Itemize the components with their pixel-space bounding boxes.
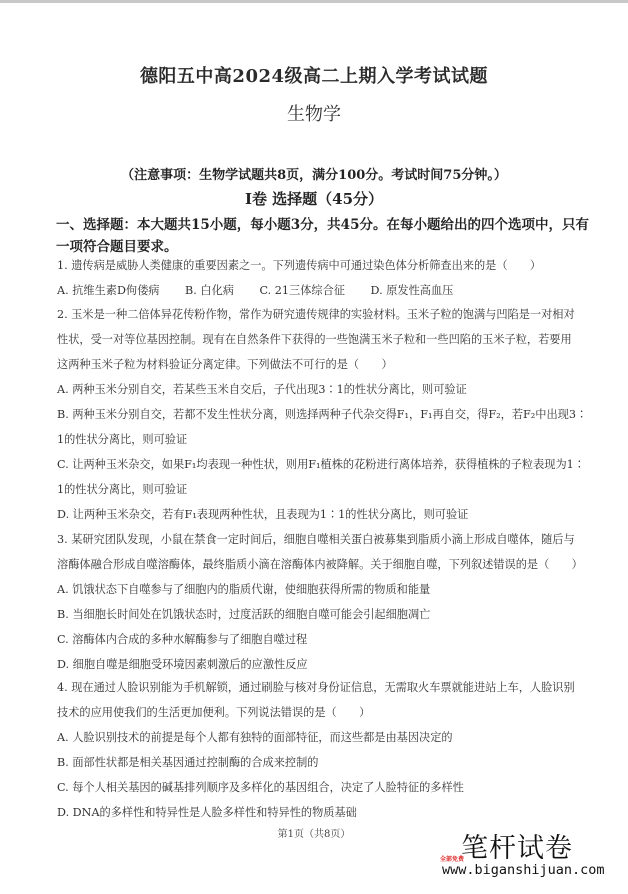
exam-title: 德阳五中高2024级高二上期入学考试试题 [0, 62, 628, 88]
question-stem: 技术的应用使我们的生活更加便利。下列说法错误的是（ ） [57, 700, 597, 725]
question-stem: 4. 现在通过人脸识别能为手机解锁，通过刷脸与核对身份证信息，无需取火车票就能进… [57, 675, 597, 700]
option-d: D. 让两种玉米杂交，若有F₁表现两种性状，且表现为1∶1的性状分离比，则可验证 [57, 502, 597, 527]
option-a: A. 人脸识别技术的前提是每个人都有独特的面部特征，而这些都是由基因决定的 [57, 725, 597, 750]
option-c: C. 让两种玉米杂交，如果F₁均表现一种性状，则用F₁植株的花粉进行离体培养，获… [57, 452, 597, 477]
question-4: 4. 现在通过人脸识别能为手机解锁，通过刷脸与核对身份证信息，无需取火车票就能进… [57, 675, 597, 825]
option-b-cont: 1的性状分离比，则可验证 [57, 427, 597, 452]
subject-title: 生物学 [0, 100, 628, 126]
option-d: D. DNA的多样性和特异性是人脸多样性和特异性的物质基础 [57, 800, 597, 825]
question-2: 2. 玉米是一种二倍体异花传粉作物，常作为研究遗传规律的实验材料。玉米子粒的饱满… [57, 302, 597, 527]
question-stem: 1. 遗传病是威胁人类健康的重要因素之一。下列遗传病中可通过染色体分析筛查出来的… [57, 253, 597, 278]
section-instructions: 一、选择题：本大题共15小题，每小题3分，共45分。在每小题给出的四个选项中，只… [56, 214, 596, 258]
question-stem: 3. 某研究团队发现，小鼠在禁食一定时间后，细胞自噬相关蛋白被募集到脂质小滴上形… [57, 527, 597, 552]
option-c: C. 21三体综合征 [260, 278, 345, 303]
option-b: B. 当细胞长时间处在饥饿状态时，过度活跃的细胞自噬可能会引起细胞凋亡 [57, 602, 597, 627]
watermark-url: www.biganshijuan.com [442, 862, 605, 878]
question-stem: 溶酶体融合形成自噬溶酶体，最终脂质小滴在溶酶体内被降解。关于细胞自噬，下列叙述错… [57, 552, 597, 577]
option-d: D. 细胞自噬是细胞受环境因素刺激后的应激性反应 [57, 652, 597, 677]
option-b: B. 两种玉米分别自交，若都不发生性状分离，则选择两种子代杂交得F₁，F₁再自交… [57, 402, 597, 427]
option-b: B. 白化病 [185, 278, 234, 303]
option-a: A. 饥饿状态下自噬参与了细胞内的脂质代谢，使细胞获得所需的物质和能量 [57, 577, 597, 602]
option-c-cont: 1的性状分离比，则可验证 [57, 477, 597, 502]
top-edge-bar [0, 0, 628, 3]
watermark-brand: 笔杆试卷 [461, 826, 573, 865]
option-b: B. 面部性状都是相关基因通过控制酶的合成来控制的 [57, 750, 597, 775]
question-stem: 2. 玉米是一种二倍体异花传粉作物，常作为研究遗传规律的实验材料。玉米子粒的饱满… [57, 302, 597, 327]
instructions-line: 一、选择题：本大题共15小题，每小题3分，共45分。在每小题给出的四个选项中，只… [56, 214, 596, 236]
option-a: A. 抗维生素D佝偻病 [57, 278, 159, 303]
section-heading: I卷 选择题（45分） [0, 188, 628, 209]
question-1: 1. 遗传病是威胁人类健康的重要因素之一。下列遗传病中可通过染色体分析筛查出来的… [57, 253, 597, 303]
option-c: C. 溶酶体内合成的多种水解酶参与了细胞自噬过程 [57, 627, 597, 652]
question-options: A. 抗维生素D佝偻病 B. 白化病 C. 21三体综合征 D. 原发性高血压 [57, 278, 597, 303]
option-a: A. 两种玉米分别自交，若某些玉米自交后，子代出现3∶1的性状分离比，则可验证 [57, 377, 597, 402]
option-c: C. 每个人相关基因的碱基排列顺序及多样化的基因组合，决定了人脸特征的多样性 [57, 775, 597, 800]
exam-notice: （注意事项：生物学试题共8页，满分100分。考试时间75分钟。） [0, 164, 628, 183]
watermark-logo: 全部免费 笔杆试卷 www.biganshijuan.com [436, 826, 626, 886]
option-d: D. 原发性高血压 [371, 278, 454, 303]
question-stem: 性状，受一对等位基因控制。现有在自然条件下获得的一些饱满玉米子粒和一些凹陷的玉米… [57, 327, 597, 352]
question-3: 3. 某研究团队发现，小鼠在禁食一定时间后，细胞自噬相关蛋白被募集到脂质小滴上形… [57, 527, 597, 677]
question-stem: 这两种玉米子粒为材料验证分离定律。下列做法不可行的是（ ） [57, 352, 597, 377]
